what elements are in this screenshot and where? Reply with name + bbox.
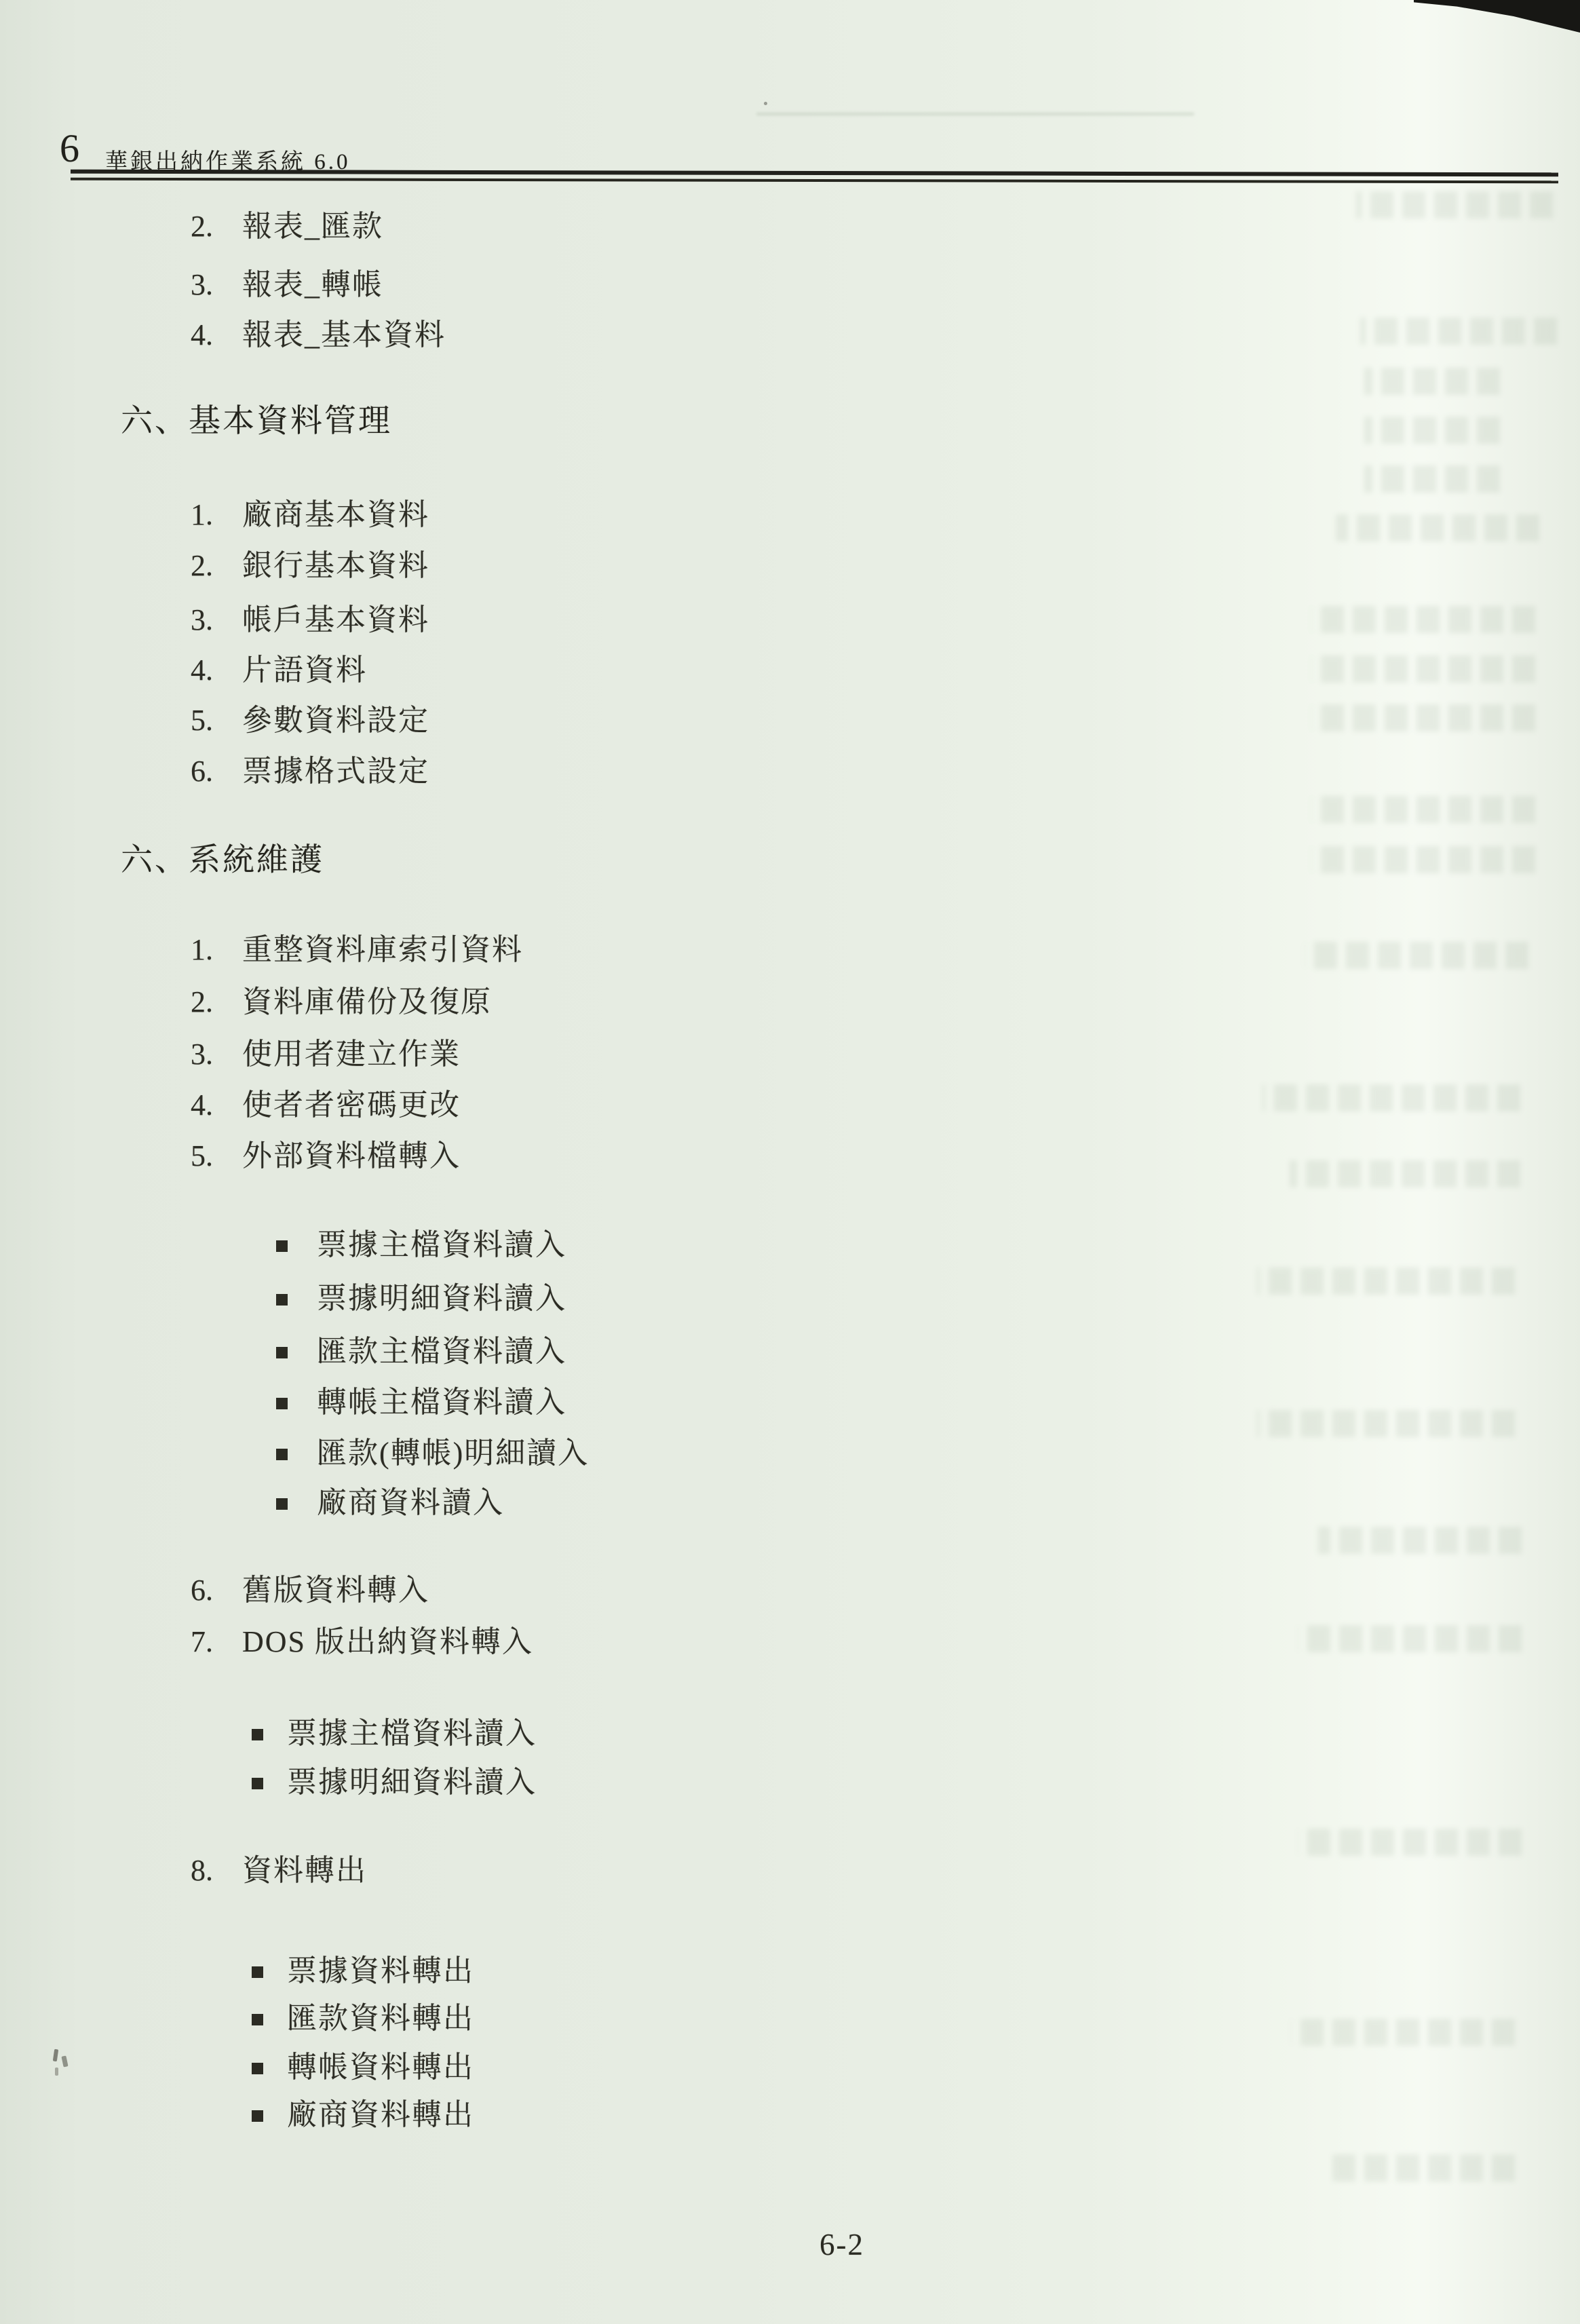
bleedthrough-smudge bbox=[1291, 2019, 1515, 2046]
bullet-square-icon bbox=[276, 1294, 288, 1306]
item-label: 票據格式設定 bbox=[242, 755, 429, 788]
bullet-label: 票據資料轉出 bbox=[287, 1956, 474, 1986]
bullet-label: 票據明細資料讀入 bbox=[317, 1284, 566, 1314]
toc-item: 2.報表_匯款 bbox=[191, 212, 383, 242]
section-heading: 六、系統維護 bbox=[121, 845, 324, 877]
bullet-square-icon bbox=[276, 1347, 288, 1358]
item-number: 4. bbox=[191, 655, 242, 685]
bullet-item: 匯款資料轉出 bbox=[252, 2004, 474, 2034]
bullet-square-icon bbox=[252, 1778, 263, 1789]
bullet-square-icon bbox=[252, 2063, 263, 2074]
toc-item: 3.報表_轉帳 bbox=[191, 270, 383, 300]
item-number: 2. bbox=[191, 212, 242, 242]
item-label: 報表_基本資料 bbox=[242, 318, 446, 351]
bullet-label: 匯款(轉帳)明細讀入 bbox=[317, 1439, 589, 1468]
bleedthrough-smudge bbox=[1364, 368, 1500, 395]
toc-item: 2.銀行基本資料 bbox=[191, 551, 429, 581]
item-label: 使用者建立作業 bbox=[242, 1037, 461, 1071]
toc-item: 5.外部資料檔轉入 bbox=[191, 1141, 461, 1171]
bullet-item: 匯款主檔資料讀入 bbox=[276, 1337, 566, 1367]
toc-item: 4.報表_基本資料 bbox=[191, 320, 446, 350]
bullet-label: 票據主檔資料讀入 bbox=[287, 1719, 537, 1749]
page-number: 6-2 bbox=[820, 2227, 864, 2262]
toc-item: 4.片語資料 bbox=[191, 655, 367, 685]
item-label: 帳戶基本資料 bbox=[242, 603, 429, 636]
item-number: 3. bbox=[191, 605, 242, 635]
toc-item: 1.重整資料庫索引資料 bbox=[191, 935, 523, 965]
bullet-label: 票據明細資料讀入 bbox=[287, 1768, 537, 1797]
item-number: 2. bbox=[191, 987, 242, 1017]
item-label: 資料轉出 bbox=[242, 1854, 367, 1887]
bullet-item: 廠商資料轉出 bbox=[252, 2100, 474, 2130]
bullet-item: 轉帳資料轉出 bbox=[252, 2053, 474, 2082]
bullet-item: 轉帳主檔資料讀入 bbox=[276, 1388, 566, 1417]
item-label: 外部資料檔轉入 bbox=[242, 1139, 461, 1173]
toc-item: 3.使用者建立作業 bbox=[191, 1040, 461, 1069]
bleedthrough-smudge bbox=[1360, 318, 1557, 345]
bullet-label: 匯款資料轉出 bbox=[287, 2004, 474, 2034]
item-number: 1. bbox=[191, 935, 242, 965]
toc-item: 3.帳戶基本資料 bbox=[191, 605, 429, 635]
bullet-item: 廠商資料讀入 bbox=[276, 1488, 504, 1518]
bullet-square-icon bbox=[252, 2014, 263, 2025]
bleedthrough-smudge bbox=[1311, 606, 1535, 633]
bullet-square-icon bbox=[276, 1240, 288, 1252]
ink-speck bbox=[764, 102, 767, 105]
toc-item: 5.參數資料設定 bbox=[191, 706, 429, 736]
section-heading: 六、基本資料管理 bbox=[121, 406, 392, 438]
bleedthrough-smudge bbox=[1290, 1160, 1520, 1187]
bleedthrough-smudge bbox=[1318, 1527, 1522, 1554]
item-label: 重整資料庫索引資料 bbox=[242, 933, 523, 966]
item-label: 銀行基本資料 bbox=[242, 549, 429, 582]
item-label: 報表_轉帳 bbox=[242, 268, 383, 301]
toc-item: 6.票據格式設定 bbox=[191, 757, 429, 786]
bleedthrough-smudge bbox=[1356, 191, 1553, 218]
item-number: 6. bbox=[191, 757, 242, 786]
bullet-item: 票據明細資料讀入 bbox=[276, 1284, 566, 1314]
item-number: 6. bbox=[191, 1576, 242, 1605]
item-number: 4. bbox=[191, 320, 242, 350]
chapter-number: 6 bbox=[60, 129, 79, 168]
bullet-square-icon bbox=[276, 1449, 288, 1460]
bullet-square-icon bbox=[252, 1729, 263, 1740]
bleedthrough-smudge bbox=[1311, 796, 1535, 823]
item-number: 2. bbox=[191, 551, 242, 581]
bullet-item: 票據資料轉出 bbox=[252, 1956, 474, 1986]
item-label: 報表_匯款 bbox=[242, 210, 383, 243]
item-number: 3. bbox=[191, 1040, 242, 1069]
bleedthrough-smudge bbox=[1298, 1829, 1522, 1856]
toc-item: 4.使者者密碼更改 bbox=[191, 1090, 461, 1120]
item-label: 使者者密碼更改 bbox=[242, 1088, 461, 1122]
bleedthrough-smudge bbox=[1364, 465, 1500, 493]
bleedthrough-smudge bbox=[1305, 942, 1528, 969]
bullet-square-icon bbox=[252, 1966, 263, 1978]
bullet-label: 匯款主檔資料讀入 bbox=[317, 1337, 566, 1367]
toc-item: 8.資料轉出 bbox=[191, 1856, 367, 1886]
bleedthrough-smudge bbox=[1257, 1410, 1515, 1437]
toc-item: 6.舊版資料轉入 bbox=[191, 1576, 429, 1605]
item-number: 7. bbox=[191, 1627, 242, 1657]
bullet-square-icon bbox=[276, 1498, 288, 1510]
bleedthrough-smudge bbox=[1325, 2154, 1515, 2182]
toc-item: 1.廠商基本資料 bbox=[191, 500, 429, 530]
scanned-manual-page: 6 華銀出納作業系統 6.0 2.報表_匯款 3.報表_轉帳 4.報表_基本資料… bbox=[0, 0, 1580, 2324]
item-label: 片語資料 bbox=[242, 653, 367, 687]
bullet-item: 票據明細資料讀入 bbox=[252, 1768, 537, 1797]
item-label: DOS 版出納資料轉入 bbox=[242, 1625, 533, 1658]
bullet-square-icon bbox=[252, 2110, 263, 2122]
ink-speck bbox=[55, 2068, 58, 2076]
bullet-label: 轉帳主檔資料讀入 bbox=[317, 1388, 566, 1417]
bullet-label: 轉帳資料轉出 bbox=[287, 2053, 474, 2082]
item-label: 參數資料設定 bbox=[242, 704, 429, 737]
item-number: 3. bbox=[191, 270, 242, 300]
bullet-label: 廠商資料轉出 bbox=[287, 2100, 474, 2130]
item-label: 廠商基本資料 bbox=[242, 498, 429, 531]
bullet-item: 票據主檔資料讀入 bbox=[276, 1230, 566, 1260]
item-label: 舊版資料轉入 bbox=[242, 1574, 429, 1607]
bleedthrough-smudge bbox=[1257, 1268, 1515, 1295]
bleedthrough-smudge bbox=[1298, 1625, 1522, 1652]
item-number: 1. bbox=[191, 500, 242, 530]
bullet-item: 匯款(轉帳)明細讀入 bbox=[276, 1439, 589, 1468]
bleedthrough-smudge bbox=[1311, 655, 1535, 683]
bullet-item: 票據主檔資料讀入 bbox=[252, 1719, 537, 1749]
bleedthrough-smudge bbox=[1364, 417, 1500, 444]
bleedthrough-smudge bbox=[1336, 514, 1539, 541]
item-number: 5. bbox=[191, 706, 242, 736]
item-number: 5. bbox=[191, 1141, 242, 1171]
bullet-square-icon bbox=[276, 1398, 288, 1409]
bullet-label: 廠商資料讀入 bbox=[317, 1488, 504, 1518]
bullet-label: 票據主檔資料讀入 bbox=[317, 1230, 566, 1260]
item-label: 資料庫備份及復原 bbox=[242, 985, 492, 1018]
toc-item: 7.DOS 版出納資料轉入 bbox=[191, 1627, 533, 1657]
bleedthrough-smudge bbox=[1311, 704, 1535, 731]
item-number: 4. bbox=[191, 1090, 242, 1120]
bleedthrough-rule bbox=[756, 113, 1194, 115]
item-number: 8. bbox=[191, 1856, 242, 1886]
bleedthrough-smudge bbox=[1263, 1084, 1520, 1111]
bleedthrough-smudge bbox=[1311, 846, 1535, 873]
toc-item: 2.資料庫備份及復原 bbox=[191, 987, 492, 1017]
